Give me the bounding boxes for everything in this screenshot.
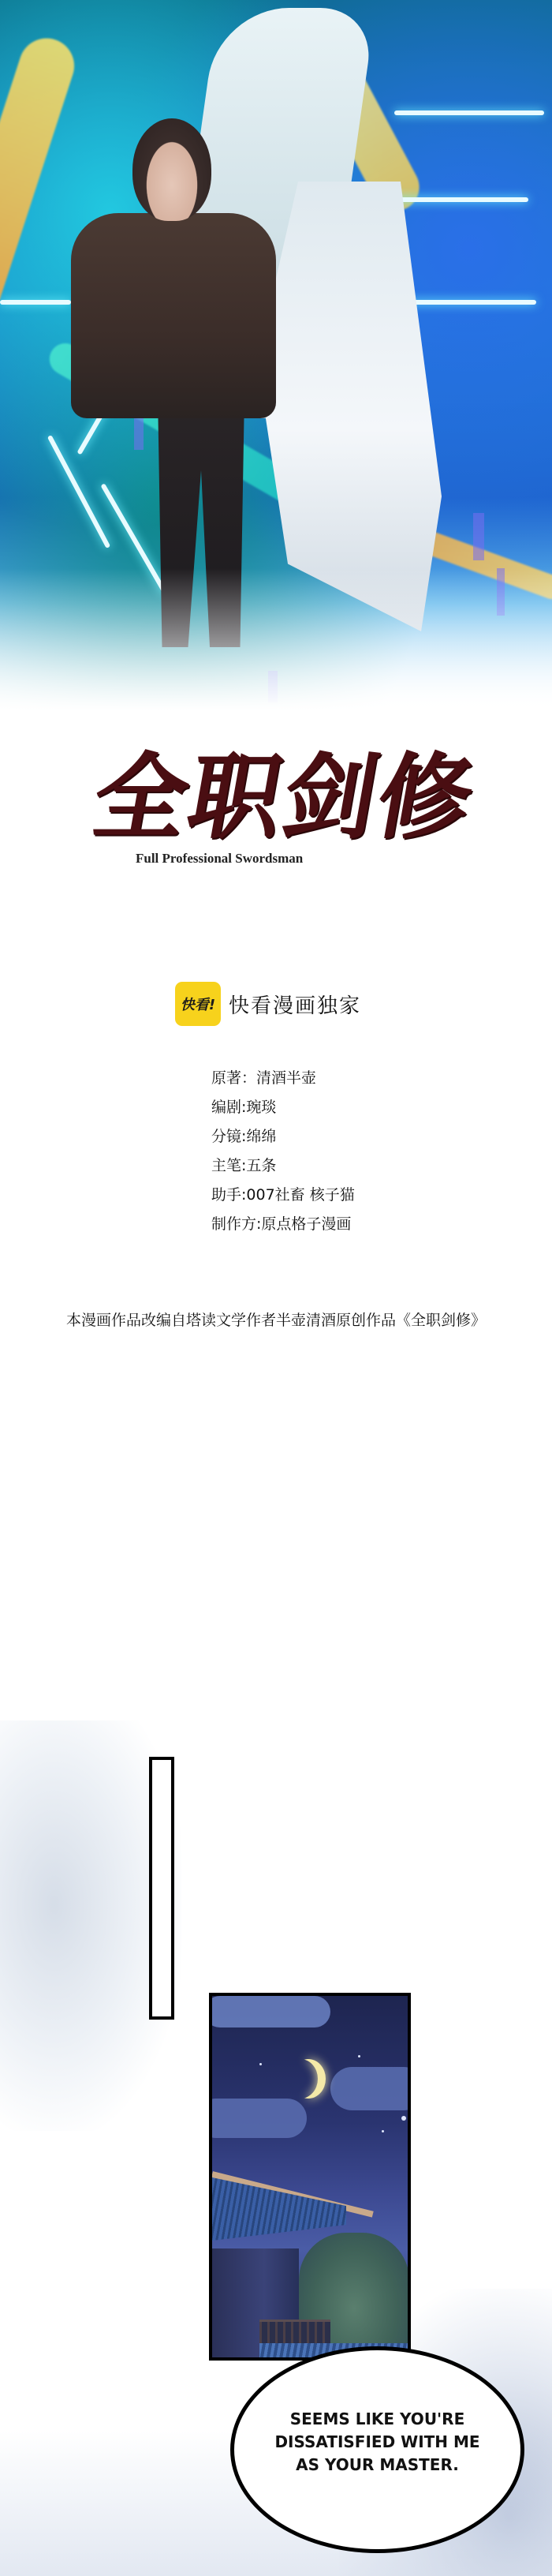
- adaptation-note: 本漫画作品改编自塔读文学作者半壶清酒原创作品《全职剑修》: [0, 1309, 552, 1330]
- dark-haired-character: [132, 118, 211, 221]
- credits-list: 原著：清酒半壶 编剧:琬琰 分镜:绵绵 主笔:五条 助手:007社畜 核子猫 制…: [211, 1064, 355, 1239]
- title-logo-chinese: 全职剑修: [53, 738, 515, 856]
- cloud: [330, 2067, 411, 2110]
- cloud: [209, 1996, 330, 2027]
- credit-value: 007社畜 核子猫: [246, 1186, 354, 1204]
- credit-value: 五条: [246, 1157, 276, 1174]
- credit-label: 分镜:: [211, 1128, 246, 1145]
- credit-value: 绵绵: [246, 1128, 276, 1145]
- narrow-empty-panel: [149, 1757, 174, 2020]
- credit-assistants: 助手:007社畜 核子猫: [211, 1181, 355, 1210]
- star: [358, 2055, 360, 2057]
- star: [259, 2063, 262, 2065]
- credit-screenwriter: 编剧:琬琰: [211, 1093, 355, 1122]
- speech-bubble: Seems like you're dissatisfied with me a…: [230, 2346, 524, 2553]
- glitch-block: [473, 513, 484, 560]
- credit-storyboard: 分镜:绵绵: [211, 1122, 355, 1151]
- credit-original-author: 原著：清酒半壶: [211, 1064, 355, 1093]
- star: [401, 2116, 406, 2121]
- credit-label: 原著：: [211, 1069, 256, 1087]
- credit-value: 清酒半壶: [256, 1069, 316, 1087]
- credit-label: 编剧:: [211, 1099, 246, 1116]
- credit-label: 制作方:: [211, 1215, 261, 1233]
- title-logo-english: Full Professional Swordsman: [136, 851, 341, 867]
- cover-fade: [0, 568, 552, 710]
- credit-label: 主笔:: [211, 1157, 246, 1174]
- energy-streak: [0, 31, 81, 363]
- credit-value: 琬琰: [246, 1099, 276, 1116]
- credit-lead-artist: 主笔:五条: [211, 1151, 355, 1181]
- exclusive-badge-row: 快看! 快看漫画独家: [175, 987, 361, 1021]
- balcony-railing: [259, 2320, 330, 2346]
- exclusive-label: 快看漫画独家: [229, 990, 361, 1019]
- crescent-moon-icon: [291, 2059, 326, 2099]
- credit-label: 助手:: [211, 1186, 246, 1204]
- cloud: [209, 2099, 307, 2138]
- credit-producer: 制作方:原点格子漫画: [211, 1210, 355, 1239]
- floating-sword: [394, 110, 544, 115]
- credit-value: 原点格子漫画: [261, 1215, 351, 1233]
- brown-jacket: [71, 213, 276, 418]
- star: [382, 2130, 384, 2132]
- temple-roof: [212, 2177, 346, 2241]
- speech-text: Seems like you're dissatisfied with me a…: [271, 2408, 484, 2477]
- night-temple-panel: [209, 1993, 411, 2361]
- floating-sword: [0, 300, 71, 305]
- cover-illustration: [0, 0, 552, 710]
- kuaikan-logo-icon: 快看!: [175, 982, 221, 1026]
